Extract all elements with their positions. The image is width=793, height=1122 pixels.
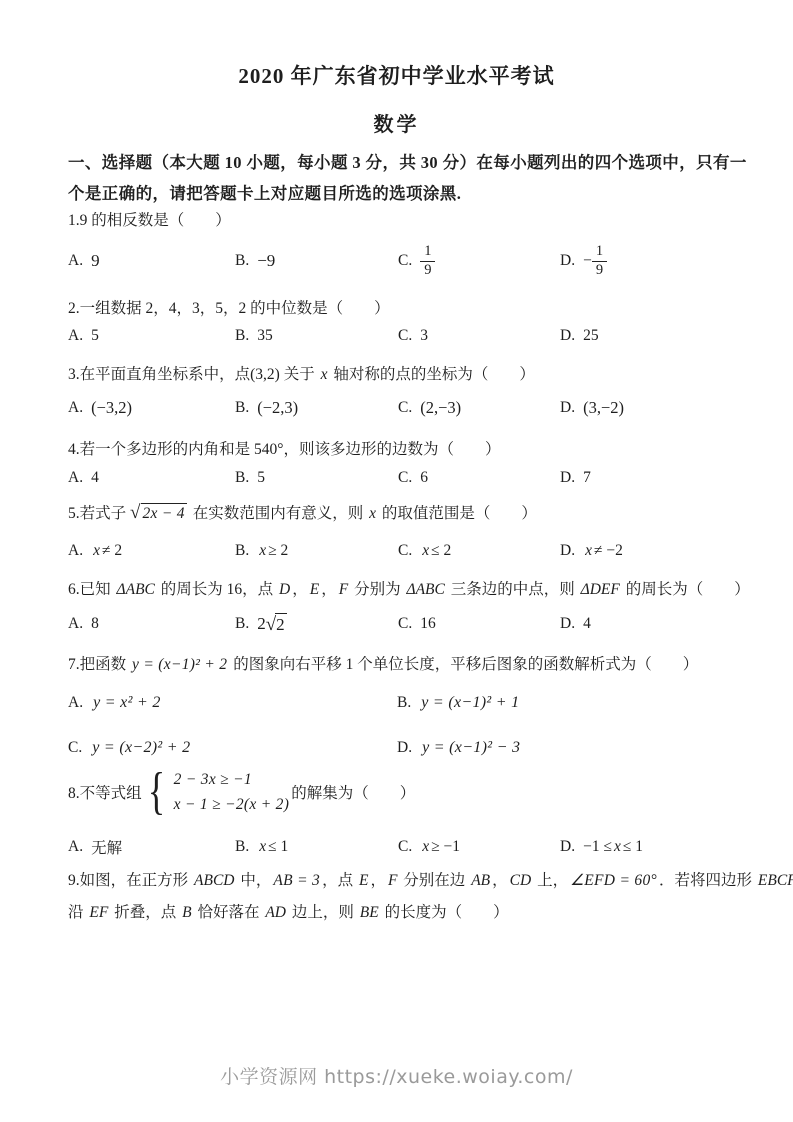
option-value: 5 (91, 327, 99, 345)
question-6-options: A.8 B.2√2 C.16 D.4 (68, 607, 793, 641)
math-variable: x (93, 542, 100, 560)
option-label: A. (68, 469, 83, 487)
stem-segment: 轴对称的点的坐标为（ ） (330, 366, 535, 383)
option-5c: C.x ≤ 2 (398, 542, 560, 560)
fraction-numerator: 1 (420, 244, 435, 262)
sqrt-radicand: 2x − 4 (141, 503, 186, 522)
question-2-stem: 2.一组数据 2，4，3，5，2 的中位数是（ ） (68, 296, 390, 318)
inequality-system: 2 − 3x ≥ −1 x − 1 ≥ −2(x + 2) (172, 771, 292, 814)
math-triangle-abc: ΔABC (117, 581, 155, 598)
option-label: A. (68, 252, 83, 270)
stem-segment: ， (370, 872, 386, 889)
math-segment-ad: AD (265, 904, 286, 921)
math-function: y = (x−1)² + 2 (132, 656, 227, 673)
question-4-stem: 4.若一个多边形的内角和是 540°，则该多边形的边数为（ ） (68, 437, 500, 459)
math-segment-cd: CD (510, 872, 532, 889)
question-3-stem: 3.在平面直角坐标系中，点(3,2) 关于 x 轴对称的点的坐标为（ ） (68, 362, 535, 384)
option-value: (−3,2) (91, 398, 132, 418)
fraction-denominator: 9 (424, 262, 431, 279)
sqrt-radicand: 2 (275, 613, 287, 635)
option-label: B. (235, 615, 249, 633)
inequality-row1: 2 − 3x ≥ −1 (174, 771, 290, 789)
option-label: D. (560, 542, 575, 560)
stem-segment: 三条边的中点，则 (447, 581, 579, 598)
math-variable: F (388, 872, 397, 889)
option-value: 8 (91, 615, 99, 633)
option-3a: A.(−3,2) (68, 398, 235, 418)
math-variable: x (259, 542, 266, 560)
question-6-stem: 6.已知 ΔABC 的周长为 16，点 D，E，F 分别为 ΔABC 三条边的中… (68, 577, 750, 599)
option-5a: A.x ≠ 2 (68, 542, 235, 560)
stem-segment: 6.已知 (68, 581, 115, 598)
math-segment-ef: EF (89, 904, 108, 921)
option-2b: B.35 (235, 327, 398, 345)
system-brace: { (147, 770, 164, 814)
option-1b: B. −9 (235, 251, 398, 271)
option-6c: C.16 (398, 615, 560, 633)
fraction: 1 9 (420, 244, 435, 279)
option-value: ≥ 2 (268, 542, 288, 560)
option-value: 7 (583, 469, 591, 487)
stem-segment: 的解集为（ ） (291, 781, 415, 803)
stem-segment: 的周长为 16，点 (157, 581, 277, 598)
stem-segment: 7.把函数 (68, 656, 130, 673)
option-label: D. (560, 399, 575, 417)
option-label: D. (560, 469, 575, 487)
stem-segment: 关于 (280, 366, 319, 383)
stem-segment: 4.若一个多边形的内角和是 (68, 441, 254, 458)
math-variable: E (310, 581, 319, 598)
stem-segment: 上， (533, 872, 568, 889)
option-1a: A. 9 (68, 251, 235, 271)
math-angle-expression: ∠EFD = 60° (570, 872, 657, 889)
option-label: D. (560, 327, 575, 345)
math-variable: E (359, 872, 368, 889)
option-label: C. (398, 469, 412, 487)
option-value: 5 (257, 469, 265, 487)
option-value: (−2,3) (257, 398, 298, 418)
stem-segment: 在实数范围内有意义，则 (189, 505, 367, 522)
option-label: C. (398, 399, 412, 417)
option-6a: A.8 (68, 615, 235, 633)
option-label: B. (235, 327, 249, 345)
stem-segment: ，则该多边形的边数为（ ） (283, 441, 500, 458)
stem-segment: 折叠，点 (110, 904, 180, 921)
option-label: D. (560, 252, 575, 270)
option-value: 3 (420, 327, 428, 345)
option-value: 6 (420, 469, 428, 487)
sqrt-sign: √ (130, 502, 140, 523)
question-7-options-row1: A.y = x² + 2 B.y = (x−1)² + 1 (68, 694, 793, 712)
stem-segment: ， (492, 872, 508, 889)
option-value: ≤ 2 (431, 542, 451, 560)
stem-segment: 分别在边 (399, 872, 469, 889)
stem-segment: 的周长为（ ） (622, 581, 750, 598)
math-square-abcd: ABCD (194, 872, 234, 889)
math-segment-be: BE (360, 904, 379, 921)
option-value: 4 (583, 615, 591, 633)
option-label: A. (68, 838, 83, 856)
math-variable: x (259, 838, 266, 856)
option-6d: D.4 (560, 615, 793, 633)
option-value: ≥ −1 (431, 838, 460, 856)
coefficient: 2 (257, 614, 266, 634)
option-3c: C.(2,−3) (398, 398, 560, 418)
option-8b: B.x ≤ 1 (235, 838, 398, 856)
math-variable: x (422, 838, 429, 856)
option-label: A. (68, 694, 83, 712)
option-1d: D. − 1 9 (560, 244, 793, 279)
stem-segment: 的长度为（ ） (381, 904, 509, 921)
option-value: −9 (257, 251, 275, 271)
option-label: B. (235, 838, 249, 856)
math-variable: x (585, 542, 592, 560)
option-value: ≠ 2 (102, 542, 122, 560)
exam-title: 2020 年广东省初中学业水平考试 (0, 60, 793, 90)
math-variable: x (369, 505, 376, 522)
math-triangle-def: ΔDEF (581, 581, 620, 598)
stem-segment: 的取值范围是（ ） (378, 505, 537, 522)
option-7a: A.y = x² + 2 (68, 694, 397, 712)
stem-segment: 8.不等式组 (68, 781, 142, 803)
option-label: D. (560, 615, 575, 633)
option-7d: D.y = (x−1)² − 3 (397, 739, 793, 757)
question-7-stem: 7.把函数 y = (x−1)² + 2 的图象向右平移 1 个单位长度，平移后… (68, 652, 698, 674)
question-5-stem: 5.若式子 √2x − 4 在实数范围内有意义，则 x 的取值范围是（ ） (68, 501, 537, 523)
question-7-options-row2: C.y = (x−2)² + 2 D.y = (x−1)² − 3 (68, 739, 793, 757)
exam-subject: 数学 (0, 108, 793, 137)
option-prefix: −1 ≤ (583, 838, 612, 856)
stem-segment: 中， (236, 872, 271, 889)
option-label: C. (68, 739, 82, 757)
question-1-options: A. 9 B. −9 C. 1 9 D. − 1 9 (68, 236, 793, 286)
option-label: A. (68, 542, 83, 560)
option-label: B. (397, 694, 411, 712)
option-8c: C.x ≥ −1 (398, 838, 560, 856)
option-label: A. (68, 615, 83, 633)
option-value: 9 (91, 251, 100, 271)
question-5-options: A.x ≠ 2 B.x ≥ 2 C.x ≤ 2 D.x ≠ −2 (68, 542, 793, 560)
math-expression: 540° (254, 441, 283, 458)
math-variable: F (339, 581, 348, 598)
option-label: B. (235, 542, 249, 560)
stem-segment: 5.若式子 (68, 505, 130, 522)
option-5d: D.x ≠ −2 (560, 542, 793, 560)
math-triangle-abc: ΔABC (406, 581, 444, 598)
option-value: y = x² + 2 (93, 694, 161, 712)
question-2-options: A.5 B.35 C.3 D.25 (68, 327, 793, 345)
section-instructions-line1: 一、选择题（本大题 10 小题，每小题 3 分，共 30 分）在每小题列出的四个… (68, 149, 747, 173)
option-label: C. (398, 838, 412, 856)
option-value: ≤ 1 (623, 838, 643, 856)
site-watermark: 小学资源网 https://xueke.woiay.com/ (0, 1062, 793, 1089)
fraction-denominator: 9 (596, 262, 603, 279)
question-9-stem-line2: 沿 EF 折叠，点 B 恰好落在 AD 边上，则 BE 的长度为（ ） (68, 900, 509, 922)
option-3d: D.(3,−2) (560, 398, 793, 418)
option-label: A. (68, 399, 83, 417)
option-label: C. (398, 252, 412, 270)
fraction: 1 9 (592, 244, 607, 279)
option-value: 4 (91, 469, 99, 487)
option-7b: B.y = (x−1)² + 1 (397, 694, 793, 712)
option-2a: A.5 (68, 327, 235, 345)
math-variable: B (182, 904, 191, 921)
option-value: y = (x−2)² + 2 (92, 739, 190, 757)
option-4c: C.6 (398, 469, 560, 487)
option-label: D. (397, 739, 412, 757)
option-label: C. (398, 327, 412, 345)
stem-segment: 沿 (68, 904, 87, 921)
option-4a: A.4 (68, 469, 235, 487)
option-5b: B.x ≥ 2 (235, 542, 398, 560)
option-3b: B.(−2,3) (235, 398, 398, 418)
option-value: (3,−2) (583, 398, 624, 418)
stem-segment: ，点 (322, 872, 357, 889)
math-expression: (3,2) (250, 366, 280, 383)
option-value: ≤ 1 (268, 838, 288, 856)
option-value: (2,−3) (420, 398, 461, 418)
stem-segment: 3.在平面直角坐标系中，点 (68, 366, 250, 383)
option-label: B. (235, 399, 249, 417)
stem-segment: ， (321, 581, 337, 598)
option-2c: C.3 (398, 327, 560, 345)
stem-segment: 分别为 (350, 581, 404, 598)
math-expression: AB = 3 (273, 872, 320, 889)
option-value: y = (x−1)² − 3 (422, 739, 520, 757)
option-1c: C. 1 9 (398, 244, 560, 279)
option-value: 25 (583, 327, 599, 345)
option-8d: D.−1 ≤ x ≤ 1 (560, 838, 793, 856)
section-instructions-line2: 个是正确的，请把答题卡上对应题目所选的选项涂黑. (68, 180, 461, 204)
math-variable: D (279, 581, 290, 598)
stem-segment: ．若将四边形 (659, 872, 756, 889)
math-segment-ab: AB (471, 872, 490, 889)
option-value: ≠ −2 (594, 542, 623, 560)
stem-segment: 边上，则 (288, 904, 358, 921)
option-label: D. (560, 838, 575, 856)
option-8a: A.无解 (68, 836, 235, 858)
question-9-stem-line1: 9.如图，在正方形 ABCD 中，AB = 3，点 E，F 分别在边 AB，CD… (68, 868, 793, 890)
inequality-row2: x − 1 ≥ −2(x + 2) (174, 796, 290, 814)
stem-segment: 的图象向右平移 1 个单位长度，平移后图象的函数解析式为（ ） (229, 656, 698, 673)
math-variable: x (614, 838, 621, 856)
option-value: 35 (257, 327, 273, 345)
math-quad-ebcf: EBCF (758, 872, 793, 889)
exam-paper-page: 2020 年广东省初中学业水平考试 数学 一、选择题（本大题 10 小题，每小题… (0, 0, 793, 1122)
question-8-stem: 8.不等式组 { 2 − 3x ≥ −1 x − 1 ≥ −2(x + 2) 的… (68, 770, 415, 814)
option-value: y = (x−1)² + 1 (421, 694, 519, 712)
stem-segment: 恰好落在 (194, 904, 264, 921)
question-1-stem: 1.9 的相反数是（ ） (68, 208, 231, 230)
option-value: 16 (420, 615, 436, 633)
option-7c: C.y = (x−2)² + 2 (68, 739, 397, 757)
option-label: A. (68, 327, 83, 345)
option-label: C. (398, 542, 412, 560)
option-value: 无解 (91, 836, 122, 858)
stem-segment: ， (292, 581, 308, 598)
fraction-numerator: 1 (592, 244, 607, 262)
question-4-options: A.4 B.5 C.6 D.7 (68, 469, 793, 487)
option-4b: B.5 (235, 469, 398, 487)
option-label: B. (235, 469, 249, 487)
math-variable: x (321, 366, 328, 383)
stem-segment: 9.如图，在正方形 (68, 872, 192, 889)
option-label: B. (235, 252, 249, 270)
option-2d: D.25 (560, 327, 793, 345)
minus-sign: − (583, 252, 592, 270)
option-6b: B.2√2 (235, 613, 398, 635)
math-variable: x (422, 542, 429, 560)
question-8-options: A.无解 B.x ≤ 1 C.x ≥ −1 D.−1 ≤ x ≤ 1 (68, 836, 793, 858)
option-4d: D.7 (560, 469, 793, 487)
question-3-options: A.(−3,2) B.(−2,3) C.(2,−3) D.(3,−2) (68, 398, 793, 418)
option-label: C. (398, 615, 412, 633)
